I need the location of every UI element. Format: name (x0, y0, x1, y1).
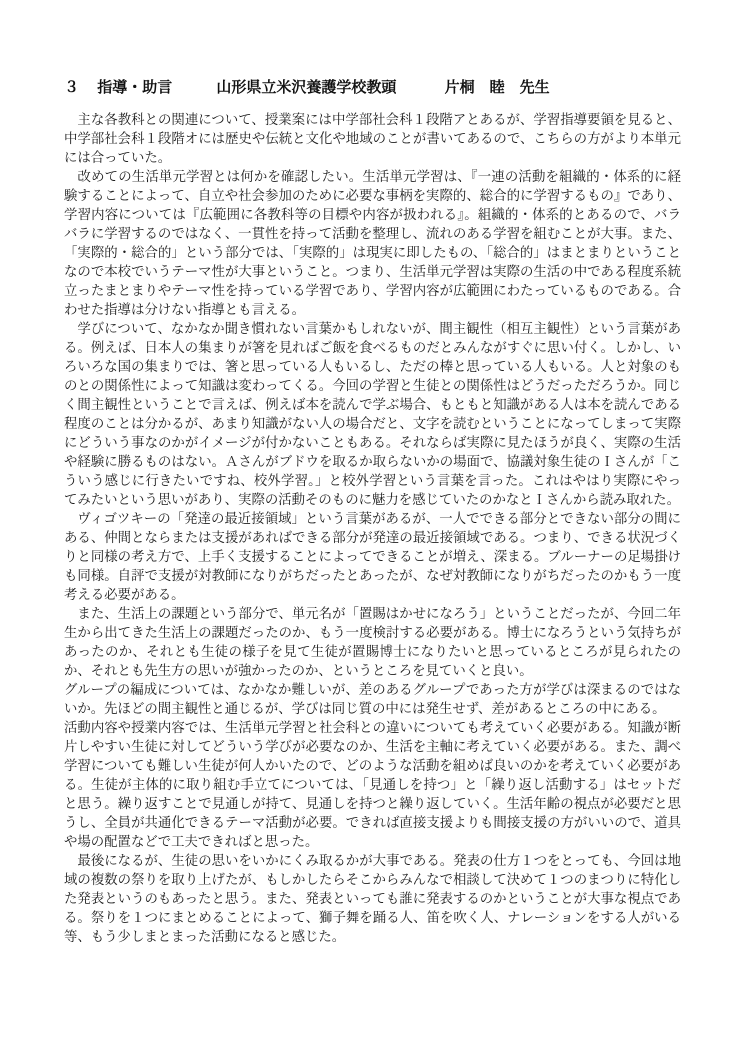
paragraph-grouping: グループの編成については、なかなか難しいが、差のあるグループであった方が学びは深… (64, 680, 681, 718)
advisor-name: 片桐 睦 先生 (445, 79, 550, 96)
section-number: ３ (64, 79, 79, 96)
paragraph-closing-remarks: 最後になるが、生徒の思いをいかにくみ取るかが大事である。発表の仕方１つをとっても… (64, 851, 681, 946)
paragraph-activity-content: 活動内容や授業内容では、生活単元学習と社会科との違いについても考えていく必要があ… (64, 718, 681, 851)
paragraph-intersubjectivity: 学びについて、なかなか聞き慣れない言葉かもしれないが、間主観性（相互主観性）とい… (64, 319, 681, 509)
paragraph-vygotsky-zpd: ヴィゴツキーの「発達の最近接領域」という言葉があるが、一人でできる部分とできない… (64, 509, 681, 604)
section-label: 指導・助言 (97, 79, 172, 96)
paragraph-seikatsu-tangen-definition: 改めての生活単元学習とは何かを確認したい。生活単元学習は、『一連の活動を組織的・… (64, 167, 681, 319)
paragraph-unit-name-review: また、生活上の課題という部分で、単元名が「置賜はかせになろう」ということだったが… (64, 604, 681, 680)
document-page: ３ 指導・助言 山形県立米沢養護学校教頭 片桐 睦 先生 主な各教科との関連につ… (0, 0, 744, 1052)
document-body: 主な各教科との関連について、授業案には中学部社会科１段階アとあるが、学習指導要領… (64, 110, 681, 946)
paragraph-subject-relation: 主な各教科との関連について、授業案には中学部社会科１段階アとあるが、学習指導要領… (64, 110, 681, 167)
page-title: ３ 指導・助言 山形県立米沢養護学校教頭 片桐 睦 先生 (64, 78, 681, 98)
advisor-affiliation: 山形県立米沢養護学校教頭 (216, 79, 396, 96)
